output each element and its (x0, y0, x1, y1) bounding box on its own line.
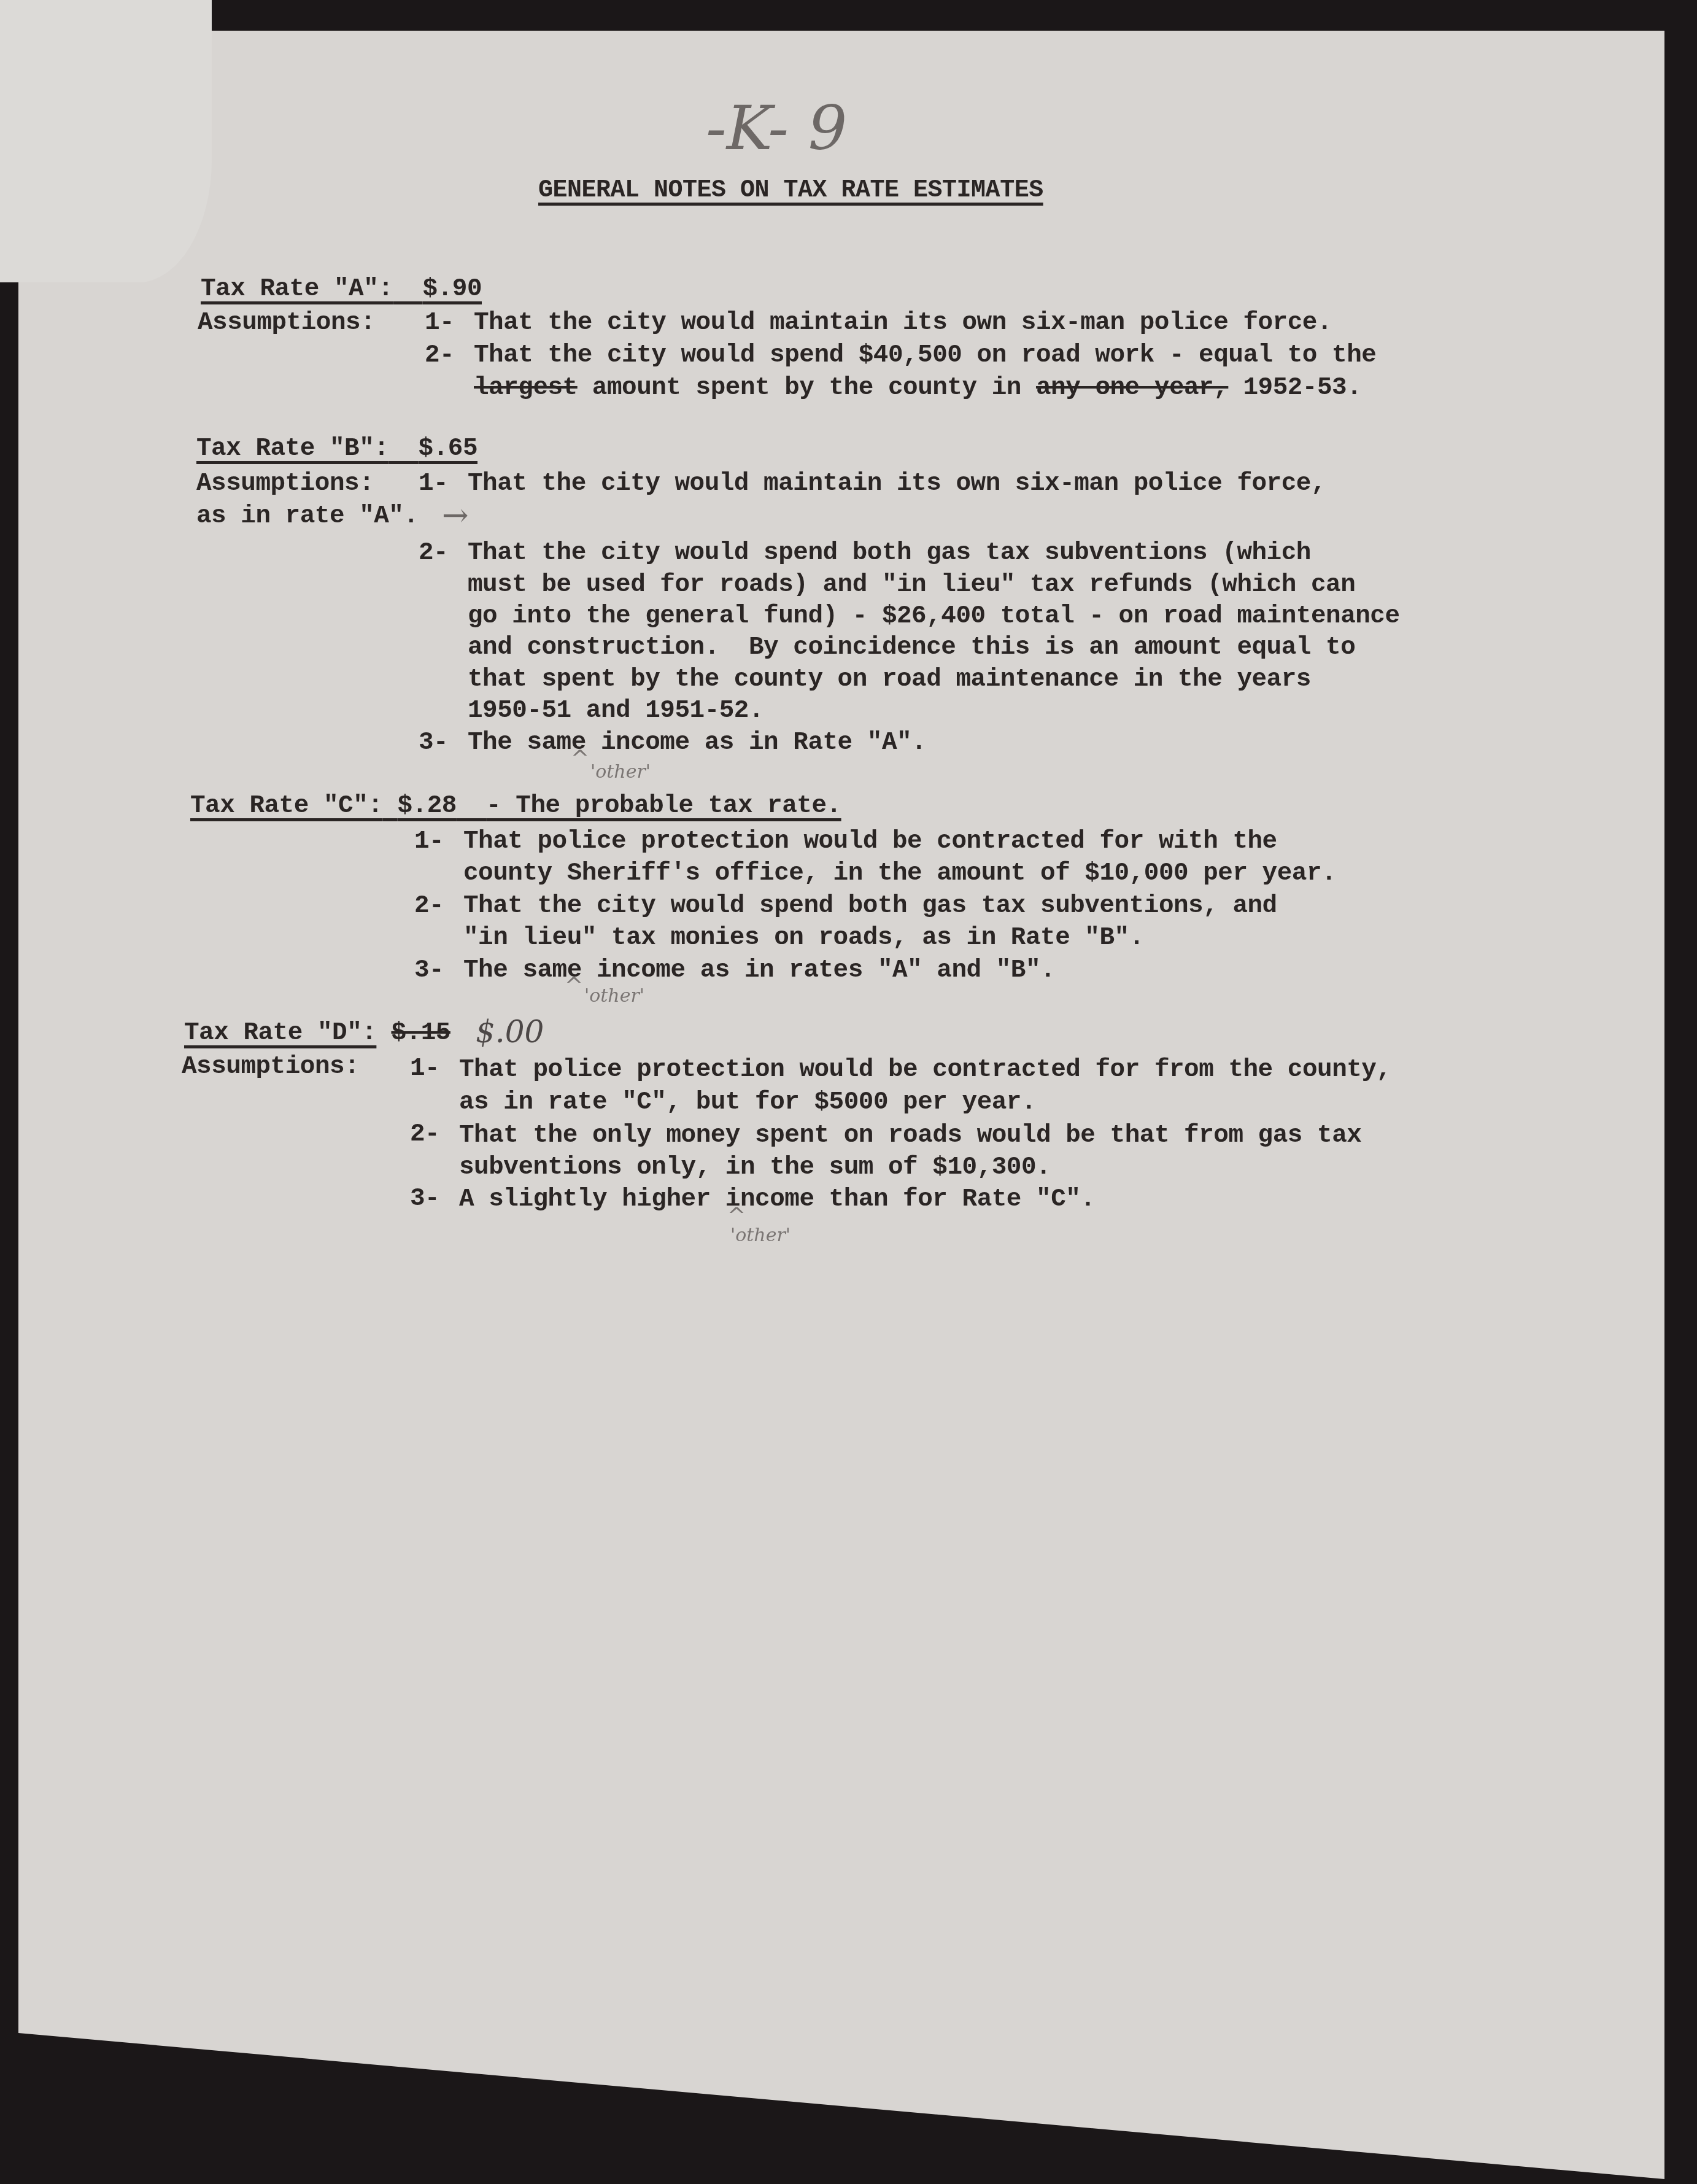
section-c-item-3-num: 3- (414, 956, 444, 985)
section-d-item-2-num: 2- (410, 1120, 439, 1148)
section-a-item-2-line-1: That the city would spend $40,500 on roa… (474, 341, 1376, 370)
page-mark: -K- 9 (706, 92, 847, 164)
section-c-heading: Tax Rate "C": $.28 - The probable tax ra… (190, 792, 841, 820)
section-b-item-2-num: 2- (419, 539, 448, 567)
section-d-item-1-line-1: That police protection would be contract… (459, 1056, 1391, 1084)
document: -K- 9 GENERAL NOTES ON TAX RATE ESTIMATE… (0, 0, 1697, 2184)
section-b-item-2-line-6: 1950-51 and 1951-52. (468, 697, 763, 725)
section-d-item-3: A slightly higher income than for Rate "… (459, 1185, 1095, 1214)
section-a-item-2-num: 2- (425, 341, 454, 370)
section-a-assumptions-label: Assumptions: (198, 309, 375, 337)
section-b-item-2-line-1: That the city would spend both gas tax s… (468, 539, 1311, 567)
section-a-item-2-line-2: largest amount spent by the county in an… (474, 374, 1361, 402)
section-b-item-3: The same income as in Rate "A". (468, 729, 926, 757)
section-c-item-3: The same income as in rates "A" and "B". (463, 956, 1055, 985)
arrow-annotation-icon: → (442, 497, 469, 534)
insertion-caret-icon: ^ (565, 973, 583, 998)
section-b-assumptions-label: Assumptions: (196, 470, 374, 498)
section-a-item-1-num: 1- (425, 309, 454, 337)
section-b-item-3-num: 3- (419, 729, 448, 757)
section-d-item-2-line-2: subventions only, in the sum of $10,300. (459, 1153, 1051, 1182)
section-d-item-3-num: 3- (410, 1185, 439, 1213)
section-c-item-1-line-2: county Sheriff's office, in the amount o… (463, 859, 1336, 888)
section-b-item-1-line-1: That the city would maintain its own six… (468, 470, 1326, 498)
section-c-item-2-num: 2- (414, 892, 444, 920)
insertion-caret-icon: ^ (571, 746, 589, 771)
section-c-item-2-line-2: "in lieu" tax monies on roads, as in Rat… (463, 924, 1144, 952)
section-b-item-2-line-4: and construction. By coincidence this is… (468, 633, 1355, 662)
section-b-item-1-line-2: as in rate "A". (196, 502, 419, 530)
section-c-insertion-note: 'other' (584, 985, 644, 1007)
section-c-item-1-line-1: That police protection would be contract… (463, 827, 1277, 856)
section-b-item-2-line-2: must be used for roads) and "in lieu" ta… (468, 571, 1355, 599)
section-c-item-2-line-1: That the city would spend both gas tax s… (463, 892, 1277, 920)
section-d-heading: Tax Rate "D": $.15 (184, 1019, 450, 1047)
section-b-item-2-line-5: that spent by the county on road mainten… (468, 665, 1311, 694)
section-a-heading: Tax Rate "A": $.90 (201, 275, 482, 303)
section-b-item-1-num: 1- (419, 470, 448, 498)
section-d-rate-handwritten: $.00 (476, 1014, 544, 1050)
section-b-insertion-note: 'other' (590, 761, 651, 783)
section-b-heading: Tax Rate "B": $.65 (196, 435, 477, 463)
section-d-item-2-line-1: That the only money spent on roads would… (459, 1121, 1361, 1150)
section-b-item-2-line-3: go into the general fund) - $26,400 tota… (468, 602, 1400, 630)
section-d-insertion-note: 'other' (730, 1225, 791, 1246)
section-d-assumptions-label: Assumptions: (182, 1053, 359, 1081)
section-d-item-1-num: 1- (410, 1055, 439, 1083)
page-title: GENERAL NOTES ON TAX RATE ESTIMATES (538, 177, 1043, 204)
section-a-item-1: That the city would maintain its own six… (474, 309, 1332, 337)
section-c-item-1-num: 1- (414, 827, 444, 856)
section-d-item-1-line-2: as in rate "C", but for $5000 per year. (459, 1088, 1036, 1117)
